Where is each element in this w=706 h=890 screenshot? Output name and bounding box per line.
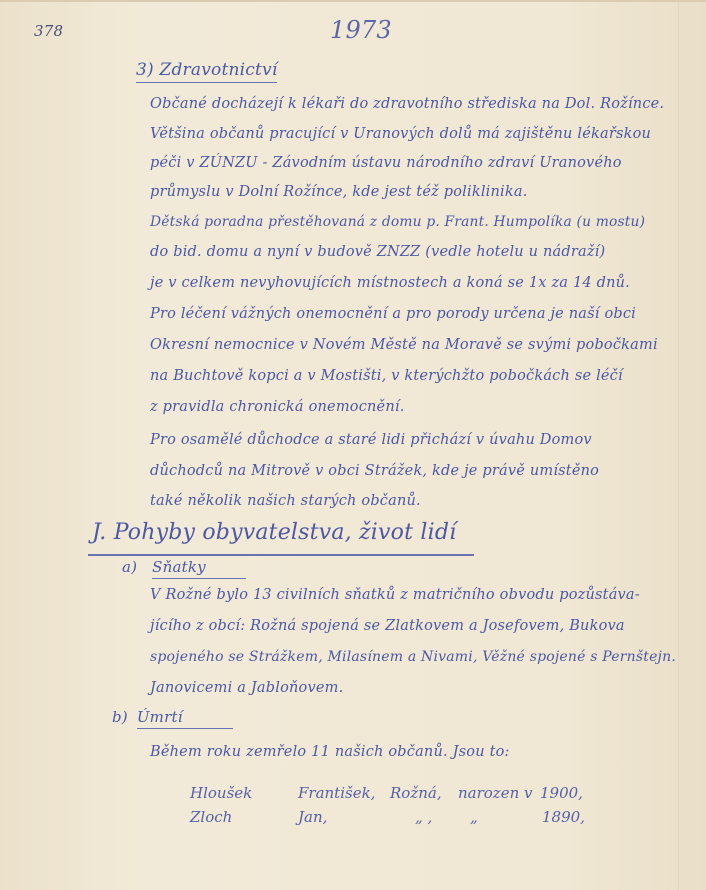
page-fold-line bbox=[678, 2, 679, 890]
section-health-heading-text: 3) Zdravotnictví bbox=[136, 60, 277, 83]
death-year: 1900, bbox=[540, 784, 583, 802]
page-year: 1973 bbox=[330, 16, 392, 44]
marriages-line: V Rožné bylo 13 civilních sňatků z matri… bbox=[150, 587, 640, 603]
page-number: 378 bbox=[34, 22, 63, 40]
health-line: do bid. domu a nyní v budově ZNZZ (vedle… bbox=[150, 244, 605, 260]
health-line: také několik našich starých občanů. bbox=[150, 493, 421, 509]
deaths-heading: b) Úmrtí bbox=[112, 708, 233, 726]
health-line: je v celkem nevyhovujících místnostech a… bbox=[150, 275, 630, 291]
health-line: z pravidla chronická onemocnění. bbox=[150, 399, 405, 415]
health-line: Většina občanů pracující v Uranových dol… bbox=[150, 126, 651, 142]
section-population-underline bbox=[88, 554, 474, 556]
health-line: na Buchtově kopci a v Mostišti, v kterýc… bbox=[150, 368, 623, 384]
section-population-heading: J. Pohyby obyvatelstva, život lidí bbox=[92, 520, 456, 545]
health-line: Pro léčení vážných onemocnění a pro poro… bbox=[150, 306, 636, 322]
health-line: péči v ZÚNZU - Závodním ústavu národního… bbox=[150, 155, 622, 171]
death-surname: Zloch bbox=[190, 808, 232, 826]
health-line: Občané docházejí k lékaři do zdravotního… bbox=[150, 96, 664, 112]
death-first-name: Jan, bbox=[298, 808, 327, 826]
health-line: Dětská poradna přestěhovaná z domu p. Fr… bbox=[150, 214, 645, 230]
death-born-label: „ bbox=[470, 808, 478, 826]
section-health-heading: 3) Zdravotnictví bbox=[136, 60, 277, 80]
death-place: „ , bbox=[415, 808, 432, 826]
chronicle-page: 378 1973 3) Zdravotnictví Občané docháze… bbox=[0, 0, 706, 890]
death-year: 1890, bbox=[542, 808, 585, 826]
deaths-intro: Během roku zemřelo 11 našich občanů. Jso… bbox=[150, 744, 510, 760]
health-line: průmyslu v Dolní Rožínce, kde jest též p… bbox=[150, 184, 528, 200]
marriages-line: Janovicemi a Jabloňovem. bbox=[150, 680, 343, 696]
deaths-prefix: b) bbox=[112, 708, 128, 726]
health-line: Pro osamělé důchodce a staré lidi přichá… bbox=[150, 432, 592, 448]
deaths-title: Úmrtí bbox=[137, 708, 233, 729]
death-born-label: narozen v bbox=[458, 784, 533, 802]
marriages-line: spojeného se Strážkem, Milasínem a Nivam… bbox=[150, 649, 676, 665]
marriages-title: Sňatky bbox=[152, 558, 246, 579]
death-place: Rožná, bbox=[390, 784, 442, 802]
marriages-heading: a) Sňatky bbox=[122, 558, 246, 576]
health-line: Okresní nemocnice v Novém Městě na Morav… bbox=[150, 337, 658, 353]
death-surname: Hloušek bbox=[190, 784, 252, 802]
marriages-line: jícího z obcí: Rožná spojená se Zlatkove… bbox=[150, 618, 625, 634]
marriages-prefix: a) bbox=[122, 558, 137, 576]
death-first-name: František, bbox=[298, 784, 375, 802]
health-line: důchodců na Mitrově v obci Strážek, kde … bbox=[150, 463, 599, 479]
